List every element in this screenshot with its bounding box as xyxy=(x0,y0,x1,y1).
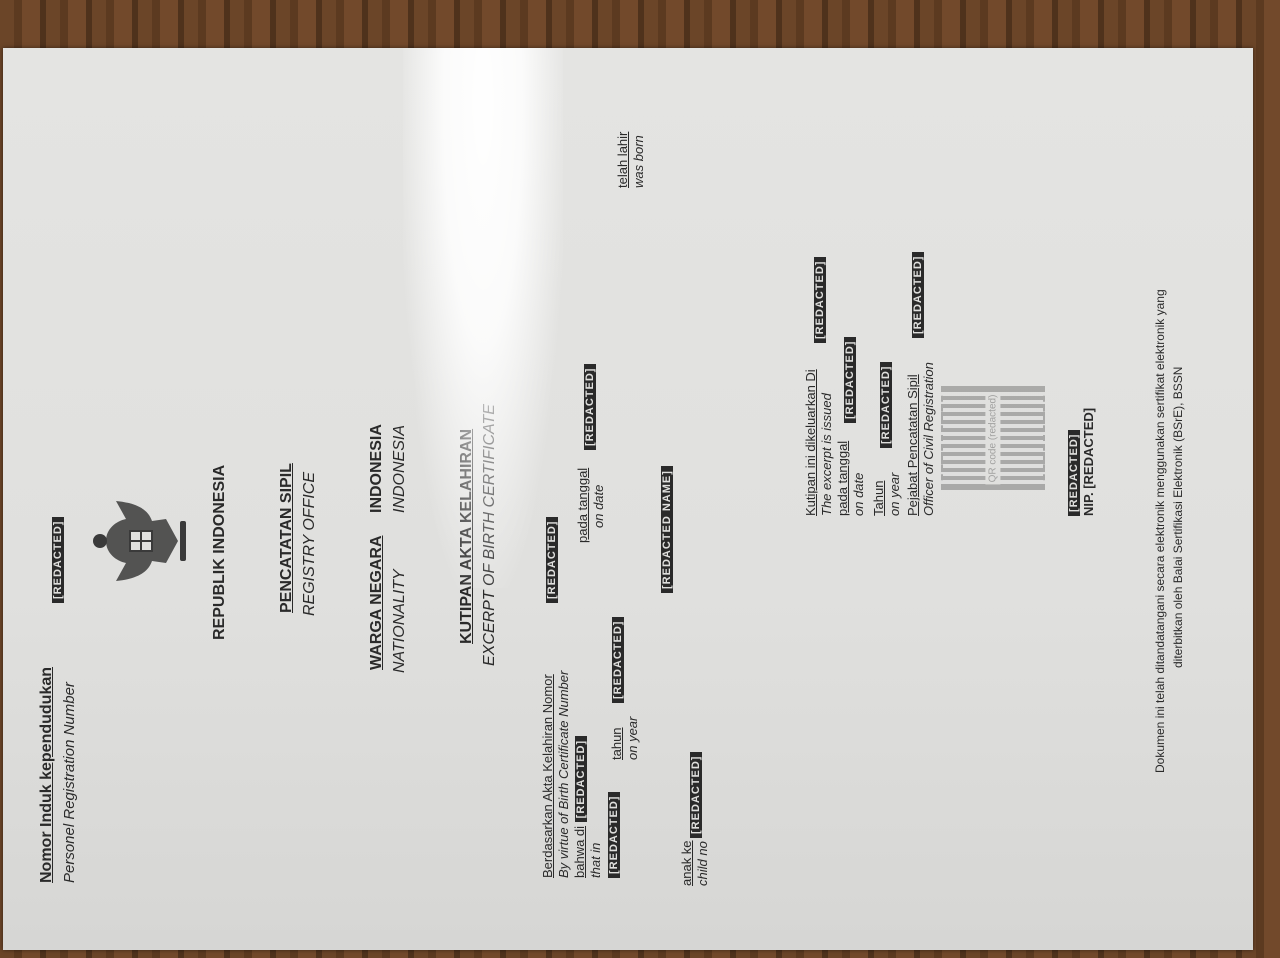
on-date-label: pada tanggal xyxy=(575,468,590,543)
officer-label-en: Officer of Civil Registration xyxy=(921,362,936,516)
title-id: KUTIPAN AKTA KELAHIRAN xyxy=(458,429,476,644)
nationality-value-en: INDONESIA xyxy=(391,425,409,513)
issue-date-label: pada tanggal xyxy=(835,441,850,516)
issued-value: [REDACTED] xyxy=(811,257,826,343)
nik-label: Nomor Induk kependudukan xyxy=(38,667,56,883)
nik-value: [REDACTED] xyxy=(48,517,66,603)
year-value: [REDACTED] xyxy=(609,617,624,703)
on-date-label-en: on date xyxy=(591,485,606,528)
qr-code-redacted: QR code (redacted) xyxy=(941,386,1045,490)
place-line: bahwa di [REDACTED] xyxy=(572,736,587,878)
office-label: PENCATATAN SIPIL xyxy=(278,463,296,613)
month-value: [REDACTED] xyxy=(605,792,620,878)
issue-year-label: Tahun xyxy=(871,481,886,516)
issued-label: Kutipan ini dikeluarkan Di xyxy=(803,369,818,516)
nationality-label-en: NATIONALITY xyxy=(391,569,409,673)
place-label: bahwa di xyxy=(572,826,587,878)
office-label-en: REGISTRY OFFICE xyxy=(301,472,319,616)
officer-label: Pejabat Pencatatan Sipil xyxy=(905,374,920,516)
day-value: [REDACTED] xyxy=(581,364,596,450)
child-name: [REDACTED NAME] xyxy=(658,466,673,593)
year-label-en: on year xyxy=(625,717,640,760)
signer-nip: NIP. [REDACTED] xyxy=(1081,408,1096,516)
that-in-label: that in xyxy=(588,843,603,878)
issue-year-value: [REDACTED] xyxy=(877,362,892,448)
footer-line-1: Dokumen ini telah ditandatangani secara … xyxy=(1153,289,1167,773)
year-label: tahun xyxy=(609,727,624,760)
certificate-paper: Nomor Induk kependudukan Personel Regist… xyxy=(3,48,1253,950)
place-value: [REDACTED] xyxy=(575,736,587,822)
parentage-value: [REDACTED] xyxy=(687,752,702,838)
nik-label-en: Personel Registration Number xyxy=(61,682,78,883)
garuda-emblem-icon xyxy=(91,486,191,596)
issue-year-label-en: on year xyxy=(887,473,902,516)
signer-name: [REDACTED] xyxy=(1065,430,1080,516)
was-born-label-en: was born xyxy=(631,135,646,188)
nationality-label: WARGA NEGARA xyxy=(368,535,386,670)
cert-number-label-en: By virtue of Birth Certificate Number xyxy=(556,671,571,878)
footer-line-2: diterbitkan oleh Balai Sertifikasi Elekt… xyxy=(1171,367,1185,668)
was-born-label: telah lahir xyxy=(615,132,630,188)
child-no-label-en: child no xyxy=(695,841,710,886)
nationality-value: INDONESIA xyxy=(368,424,386,513)
child-no-label: anak ke xyxy=(679,840,694,886)
issued-label-en: The excerpt is issued xyxy=(819,393,834,516)
officer-unit: [REDACTED] xyxy=(909,252,924,338)
cert-number-value: [REDACTED] xyxy=(543,517,558,603)
issue-date-value: [REDACTED] xyxy=(841,337,856,423)
cert-number-label: Berdasarkan Akta Kelahiran Nomor xyxy=(540,674,555,878)
country-heading: REPUBLIK INDONESIA xyxy=(211,465,229,640)
issue-date-label-en: on date xyxy=(851,473,866,516)
title-en: EXCERPT OF BIRTH CERTIFICATE xyxy=(481,404,499,666)
